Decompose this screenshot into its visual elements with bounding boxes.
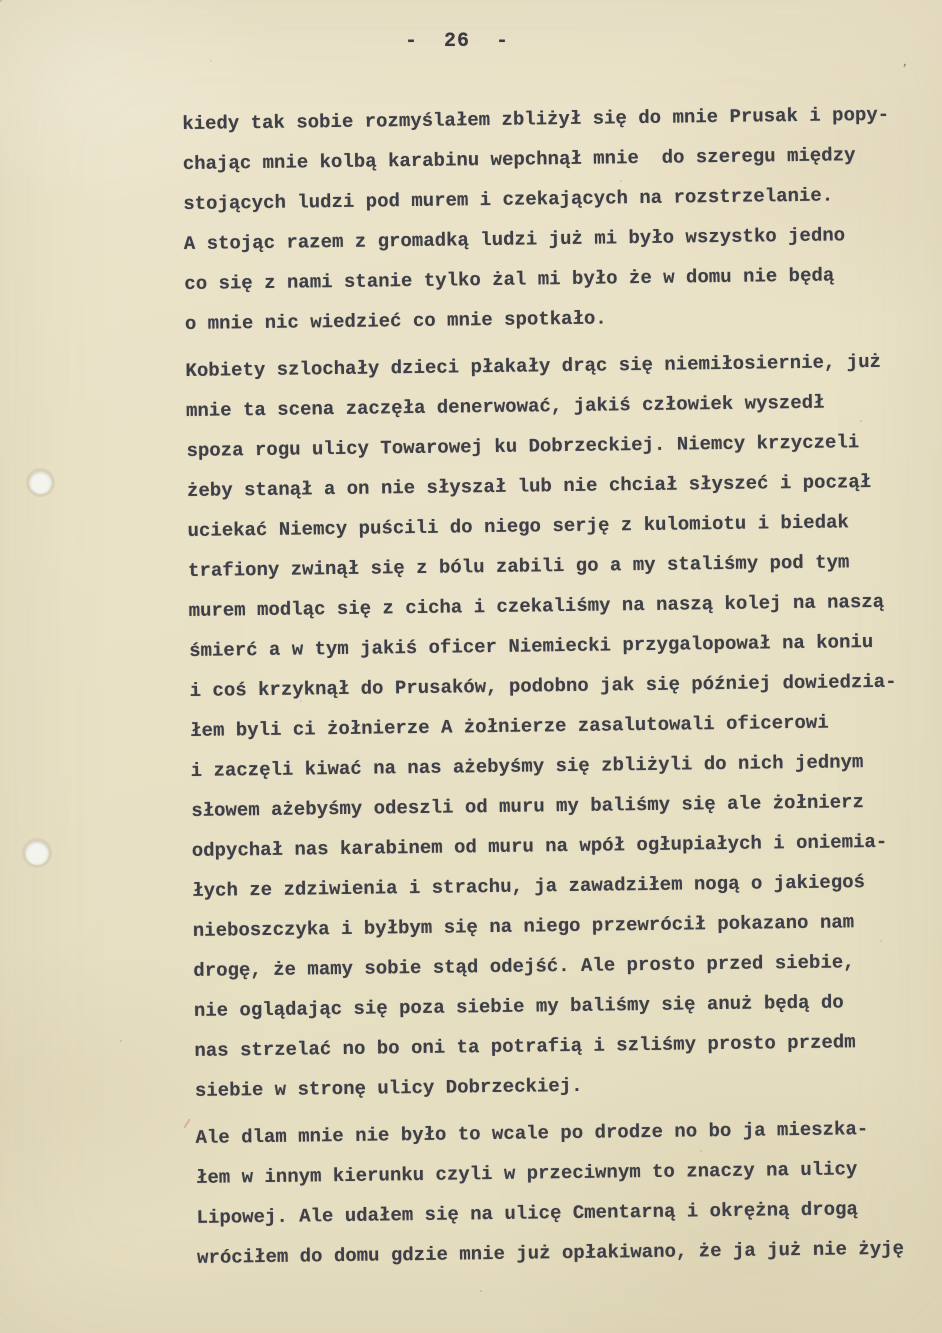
- text-line: siebie w stronę ulicy Dobrzeckiej.: [195, 1061, 940, 1111]
- text-line: o mnie nic wiedzieć co mnie spotkało.: [185, 294, 930, 344]
- stray-ink-mark: ʼ: [895, 61, 910, 81]
- paper-specks: [0, 0, 2, 2]
- paper-page: - 26 - ʼ kiedy tak sobie rozmyślałem zbl…: [0, 0, 942, 1333]
- pink-pencil-mark: [183, 1118, 191, 1128]
- document-body: kiedy tak sobie rozmyślałem zbliżył się …: [182, 94, 942, 1285]
- hole-punch-top: [29, 471, 52, 494]
- page-number: - 26 -: [0, 30, 928, 53]
- paragraph: Ale dlam mnie nie było to wcale po drodz…: [195, 1108, 942, 1278]
- hole-punch-bottom: [25, 841, 49, 865]
- paragraph: Kobiety szlochały dzieci płakały drąc si…: [185, 341, 940, 1111]
- text-line: wróciłem do domu gdzie mnie już opłakiwa…: [197, 1228, 942, 1278]
- paragraph: kiedy tak sobie rozmyślałem zbliżył się …: [182, 94, 930, 344]
